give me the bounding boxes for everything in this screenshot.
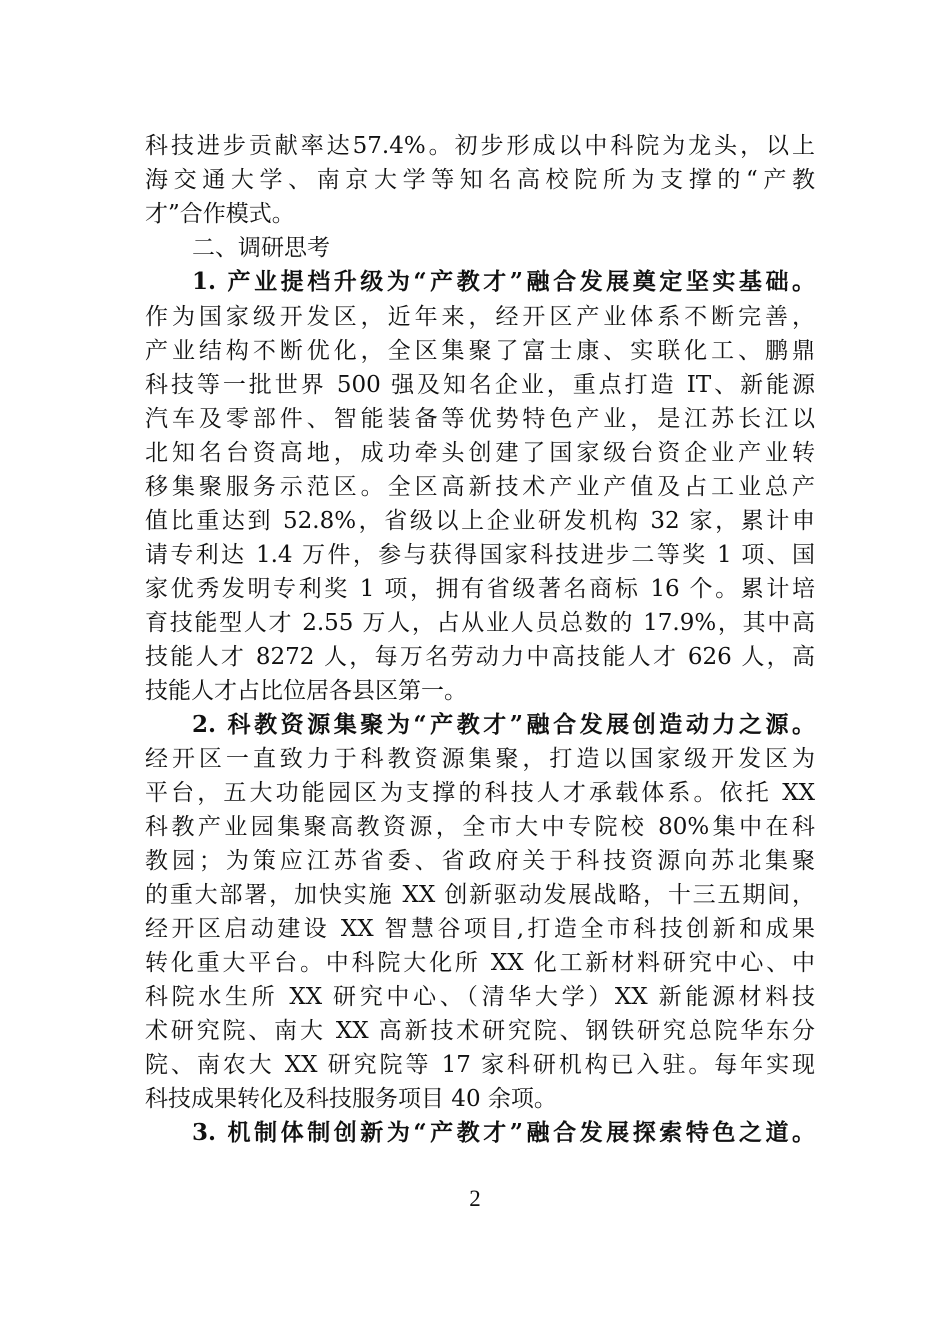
text-line: 才”合作模式。: [145, 197, 815, 231]
text-line: 的重大部署，加快实施 XX 创新驱动发展战略，十三五期间，: [145, 878, 815, 912]
text-line: 汽车及零部件、智能装备等优势特色产业，是江苏长江以: [145, 402, 815, 436]
text-line: 技能人才占比位居各县区第一。: [145, 674, 815, 708]
subsection-heading: 2. 科教资源集聚为“产教才”融合发展创造动力之源。: [192, 708, 815, 742]
text-line: 科技进步贡献率达57.4%。初步形成以中科院为龙头，以上: [145, 129, 815, 163]
text-line: 平台，五大功能园区为支撑的科技人才承载体系。依托 XX: [145, 776, 815, 810]
text-line: 科技成果转化及科技服务项目 40 余项。: [145, 1082, 815, 1116]
text-line: 科院水生所 XX 研究中心、（清华大学）XX 新能源材料技: [145, 980, 815, 1014]
text-line: 请专利达 1.4 万件，参与获得国家科技进步二等奖 1 项、国: [145, 538, 815, 572]
text-line: 经开区启动建设 XX 智慧谷项目,打造全市科技创新和成果: [145, 912, 815, 946]
text-line: 术研究院、南大 XX 高新技术研究院、钢铁研究总院华东分: [145, 1014, 815, 1048]
text-line: 产业结构不断优化，全区集聚了富士康、实联化工、鹏鼎: [145, 334, 815, 368]
text-line: 经开区一直致力于科教资源集聚，打造以国家级开发区为: [145, 742, 815, 776]
text-line: 科教产业园集聚高教资源，全市大中专院校 80%集中在科: [145, 810, 815, 844]
text-line: 移集聚服务示范区。全区高新技术产业产值及占工业总产: [145, 470, 815, 504]
text-line: 家优秀发明专利奖 1 项，拥有省级著名商标 16 个。累计培: [145, 572, 815, 606]
subsection-heading: 1. 产业提档升级为“产教才”融合发展奠定坚实基础。: [192, 265, 815, 299]
text-line: 科技等一批世界 500 强及知名企业，重点打造 IT、新能源: [145, 368, 815, 402]
text-line: 转化重大平台。中科院大化所 XX 化工新材料研究中心、中: [145, 946, 815, 980]
text-line: 技能人才 8272 人，每万名劳动力中高技能人才 626 人，高: [145, 640, 815, 674]
section-heading: 二、调研思考: [192, 231, 815, 265]
text-line: 教园；为策应江苏省委、省政府关于科技资源向苏北集聚: [145, 844, 815, 878]
subsection-heading: 3. 机制体制创新为“产教才”融合发展探索特色之道。: [192, 1116, 815, 1150]
text-line: 值比重达到 52.8%，省级以上企业研发机构 32 家，累计申: [145, 504, 815, 538]
text-line: 海交通大学、南京大学等知名高校院所为支撑的“产教: [145, 163, 815, 197]
document-page: 科技进步贡献率达57.4%。初步形成以中科院为龙头，以上海交通大学、南京大学等知…: [0, 0, 950, 1344]
text-line: 作为国家级开发区，近年来，经开区产业体系不断完善，: [145, 300, 815, 334]
page-number: 2: [460, 1186, 490, 1212]
text-line: 院、南农大 XX 研究院等 17 家科研机构已入驻。每年实现: [145, 1048, 815, 1082]
text-line: 育技能型人才 2.55 万人，占从业人员总数的 17.9%，其中高: [145, 606, 815, 640]
text-line: 北知名台资高地，成功牵头创建了国家级台资企业产业转: [145, 436, 815, 470]
